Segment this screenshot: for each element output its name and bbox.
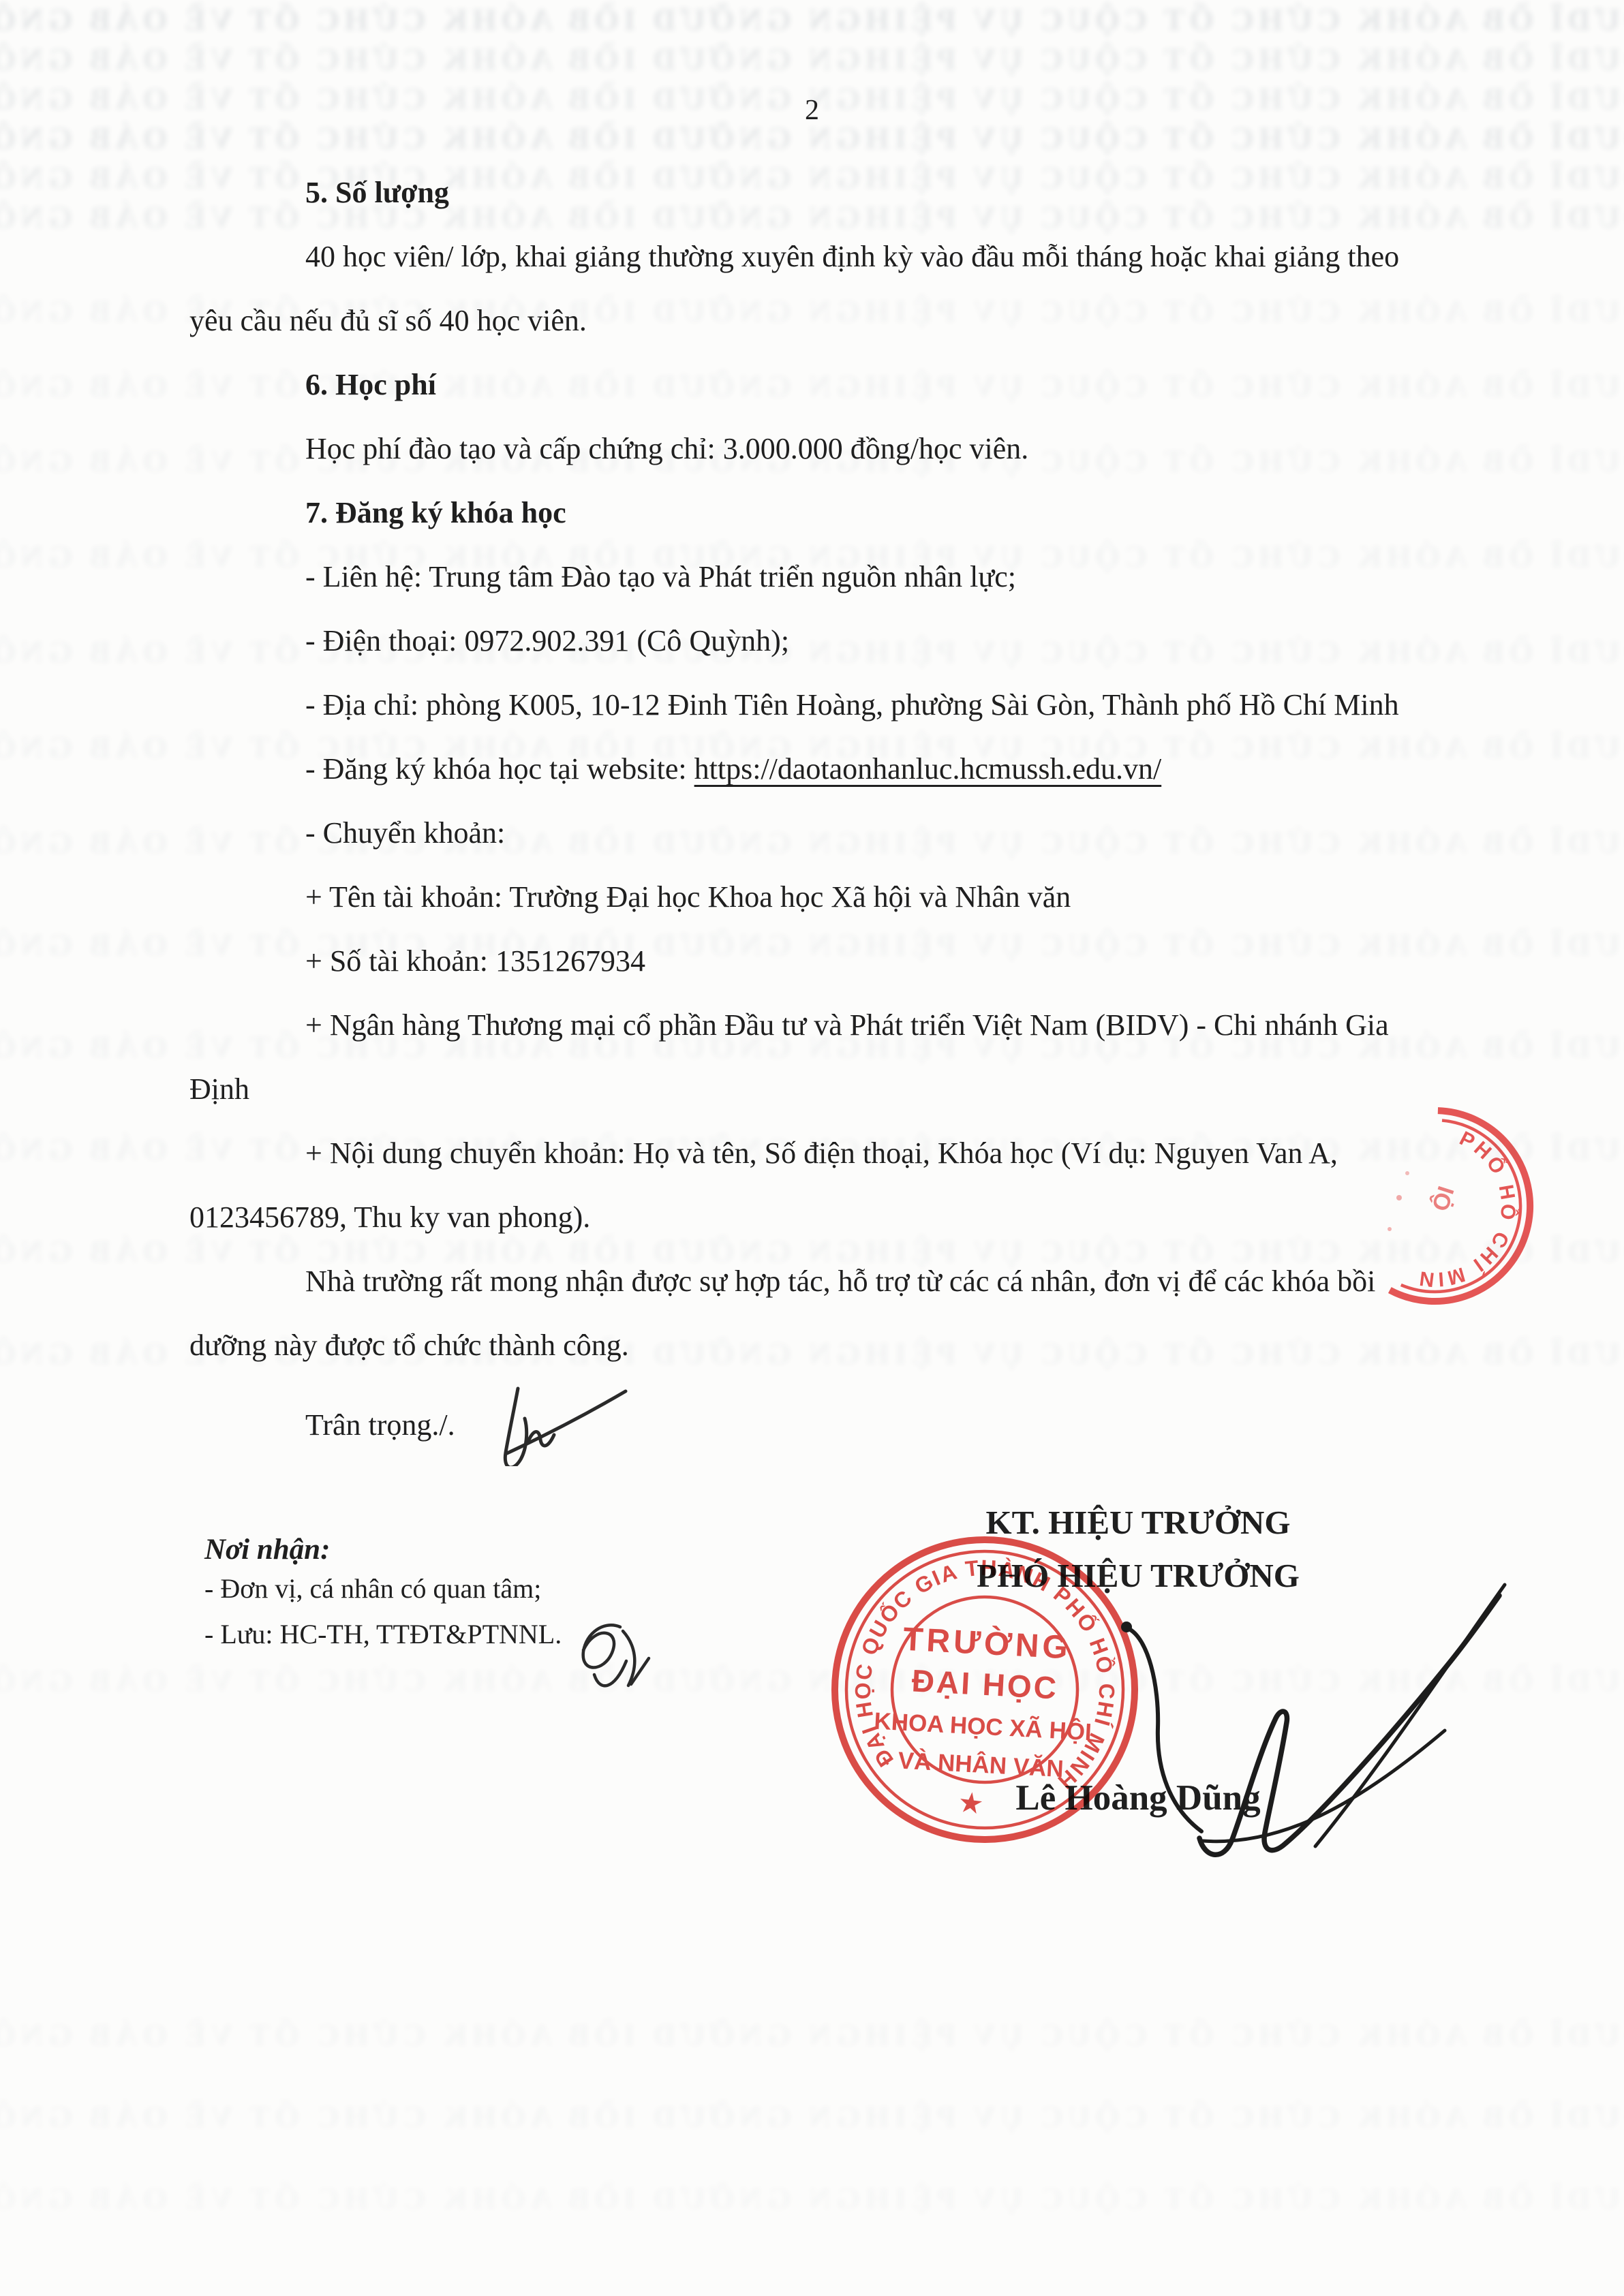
recipient-item-text: - Lưu: HC-TH, TTĐT&PTNNL.	[204, 1619, 562, 1649]
paragraph-loi-cam-on: Nhà trường rất mong nhận được sự hợp tác…	[189, 1250, 1438, 1378]
paragraph-ngan-hang: + Ngân hàng Thương mại cổ phần Đầu tư và…	[189, 993, 1438, 1121]
handwritten-initial	[563, 1608, 652, 1696]
bleedthrough-text-row: GNOƯDĨ ỒB AÓHK CỨHC ỔT CỘUC ỤV PỆIHGN GN…	[0, 2098, 1624, 2135]
paragraph-dia-chi: - Địa chỉ: phòng K005, 10-12 Đinh Tiên H…	[189, 673, 1438, 737]
paragraph-dien-thoai: - Điện thoại: 0972.902.391 (Cô Quỳnh);	[189, 609, 1438, 673]
document-body: 5. Số lượng 40 học viên/ lớp, khai giảng…	[189, 161, 1438, 1466]
signer-name: Lê Hoàng Dũng	[872, 1771, 1404, 1825]
recipient-item: - Đơn vị, cá nhân có quan tâm;	[204, 1569, 852, 1608]
bleedthrough-text-row: GNOƯDĨ ỒB AÓHK CỨHC ỔT CỘUC ỤV PỆIHGN GN…	[0, 2017, 1624, 2053]
signature-block: KT. HIỆU TRƯỞNG PHÓ HIỆU TRƯỞNG Lê Hoàng…	[872, 1496, 1404, 1825]
bleedthrough-text-row: GNOƯDĨ ỒB AÓHK CỨHC ỔT CỘUC ỤV PỆIHGN GN…	[0, 41, 1624, 77]
scanned-document-page: GNOƯDĨ ỒB AÓHK CỨHC ỔT CỘUC ỤV PỆIHGN GN…	[0, 0, 1624, 2296]
bleedthrough-text-row: GNOƯDĨ ỒB AÓHK CỨHC ỔT CỘUC ỤV PỆIHGN GN…	[0, 2180, 1624, 2216]
signer-title-line1: KT. HIỆU TRƯỞNG	[872, 1496, 1404, 1549]
paragraph-lien-he: - Liên hệ: Trung tâm Đào tạo và Phát tri…	[189, 545, 1438, 609]
bleedthrough-text-row: GNOƯDĨ ỒB AÓHK CỨHC ỔT CỘUC ỤV PỆIHGN GN…	[0, 1, 1624, 37]
paragraph-so-tai-khoan: + Số tài khoản: 1351267934	[189, 929, 1438, 993]
paragraph-hoc-phi: Học phí đào tạo và cấp chứng chỉ: 3.000.…	[189, 417, 1438, 481]
recipients-block: Nơi nhận: - Đơn vị, cá nhân có quan tâm;…	[204, 1530, 852, 1696]
website-label: - Đăng ký khóa học tại website:	[305, 752, 694, 786]
section-heading-so-luong: 5. Số lượng	[189, 161, 1438, 225]
closing-text: Trân trọng./.	[305, 1408, 455, 1442]
recipients-title: Nơi nhận:	[204, 1530, 852, 1569]
recipient-item: - Lưu: HC-TH, TTĐT&PTNNL.	[204, 1608, 852, 1696]
paragraph-website: - Đăng ký khóa học tại website: https://…	[189, 737, 1438, 801]
section-heading-hoc-phi: 6. Học phí	[189, 353, 1438, 417]
paragraph-ten-tai-khoan: + Tên tài khoản: Trường Đại học Khoa học…	[189, 865, 1438, 929]
section-heading-dang-ky: 7. Đăng ký khóa học	[189, 481, 1438, 545]
paragraph-noi-dung-ck: + Nội dung chuyển khoản: Họ và tên, Số đ…	[189, 1121, 1438, 1250]
handwritten-flourish	[459, 1378, 630, 1466]
paragraph-so-luong: 40 học viên/ lớp, khai giảng thường xuyê…	[189, 225, 1438, 353]
signer-title-line2: PHÓ HIỆU TRƯỞNG	[872, 1549, 1404, 1602]
closing-salutation: Trân trọng./.	[189, 1378, 1438, 1466]
paragraph-chuyen-khoan: - Chuyển khoản:	[189, 801, 1438, 865]
page-number: 2	[0, 94, 1624, 127]
website-link[interactable]: https://daotaonhanluc.hcmussh.edu.vn/	[694, 752, 1162, 786]
